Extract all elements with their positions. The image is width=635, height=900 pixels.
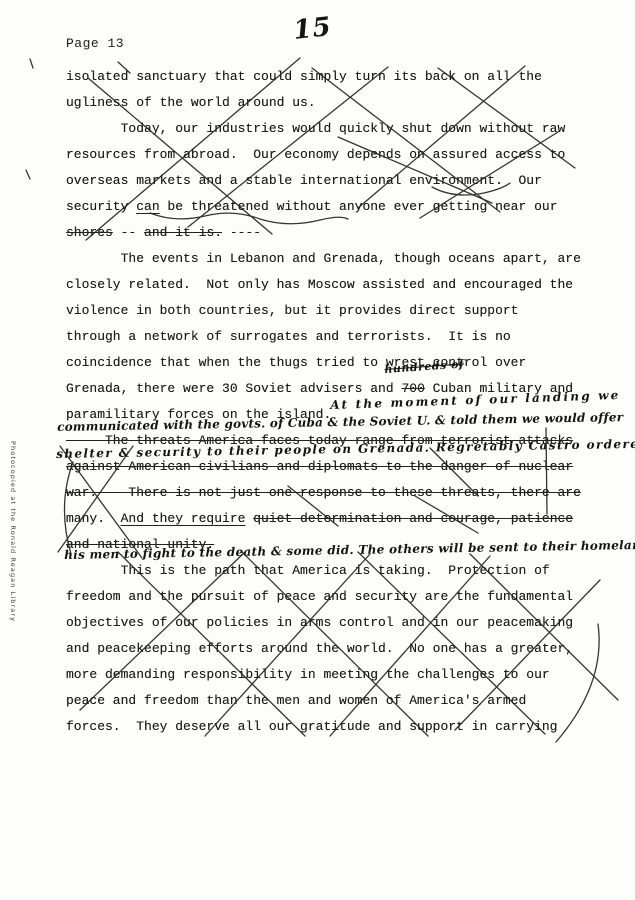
typed-text: overseas markets and a stable internatio…	[66, 173, 542, 188]
typed-line: more demanding responsibility in meeting…	[66, 662, 606, 688]
underlined-text: And they require	[121, 511, 246, 526]
underlined-text: can	[136, 199, 159, 214]
typed-line: coincidence that when the thugs tried to…	[66, 350, 606, 376]
typed-text: objectives of our policies in arms contr…	[66, 615, 573, 630]
typed-text: violence in both countries, but it provi…	[66, 303, 518, 318]
typed-line: forces. They deserve all our gratitude a…	[66, 714, 606, 740]
typed-text: Today, our industries would quickly shut…	[66, 121, 565, 136]
typed-text: This is the path that America is taking.…	[66, 563, 550, 578]
typed-line: through a network of surrogates and terr…	[66, 324, 606, 350]
typed-line: Today, our industries would quickly shut…	[66, 116, 606, 142]
typed-text: and peacekeeping efforts around the worl…	[66, 641, 573, 656]
typed-text: many.	[66, 511, 121, 526]
typed-line: freedom and the pursuit of peace and sec…	[66, 584, 606, 610]
typed-text: --	[113, 225, 144, 240]
typed-text: The events in Lebanon and Grenada, thoug…	[66, 251, 581, 266]
typed-line: war. -- There is not just one response t…	[66, 480, 606, 506]
typed-text: freedom and the pursuit of peace and sec…	[66, 589, 573, 604]
typed-line: resources from abroad. Our economy depen…	[66, 142, 606, 168]
handwritten-page-number: 15	[292, 12, 333, 46]
typed-text: closely related. Not only has Moscow ass…	[66, 277, 573, 292]
typed-text: isolated sanctuary that could simply tur…	[66, 69, 542, 84]
typed-line: The events in Lebanon and Grenada, thoug…	[66, 246, 606, 272]
typed-text: peace and freedom than the men and women…	[66, 693, 526, 708]
typed-line: security can be threatened without anyon…	[66, 194, 606, 220]
typed-line: many. And they require quiet determinati…	[66, 506, 606, 532]
typed-line: objectives of our policies in arms contr…	[66, 610, 606, 636]
struck-text: quiet determination and courage, patienc…	[253, 511, 573, 526]
struck-text: shores	[66, 225, 113, 240]
typed-text: security	[66, 199, 136, 214]
struck-text: and it is.	[144, 225, 222, 240]
typed-text: more demanding responsibility in meeting…	[66, 667, 550, 682]
typed-line: shores -- and it is. ----	[66, 220, 606, 246]
typed-line: violence in both countries, but it provi…	[66, 298, 606, 324]
page-number-label: Page 13	[66, 36, 124, 52]
struck-text: 700	[401, 381, 424, 396]
library-stamp: Photocopied at the Ronald Reagan Library	[9, 441, 17, 622]
typed-line: isolated sanctuary that could simply tur…	[66, 64, 606, 90]
typed-text: Grenada, there were 30 Soviet advisers a…	[66, 381, 401, 396]
typed-line: ugliness of the world around us.	[66, 90, 606, 116]
typed-line: closely related. Not only has Moscow ass…	[66, 272, 606, 298]
typed-text: ----	[222, 225, 261, 240]
typed-text: through a network of surrogates and terr…	[66, 329, 511, 344]
typed-text: forces. They deserve all our gratitude a…	[66, 719, 557, 734]
struck-text: war. -- There is not just one response t…	[66, 485, 581, 500]
typed-line: and peacekeeping efforts around the worl…	[66, 636, 606, 662]
typed-line: overseas markets and a stable internatio…	[66, 168, 606, 194]
typed-text: ugliness of the world around us.	[66, 95, 316, 110]
typed-line: This is the path that America is taking.…	[66, 558, 606, 584]
struck-text: against American civilians and diplomats…	[66, 459, 573, 474]
scanned-document-page: Photocopied at the Ronald Reagan Library…	[0, 0, 635, 900]
typed-text: be threatened without anyone ever gettin…	[160, 199, 558, 214]
typed-text: resources from abroad. Our economy depen…	[66, 147, 565, 162]
typed-line: peace and freedom than the men and women…	[66, 688, 606, 714]
